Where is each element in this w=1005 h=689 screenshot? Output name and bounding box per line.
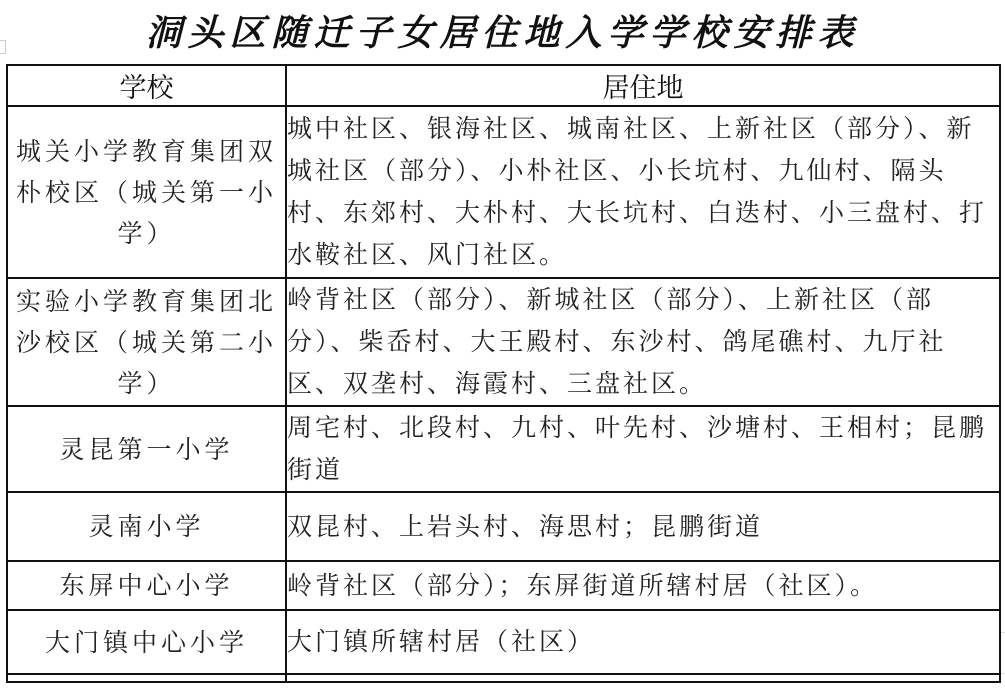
residence-cell: 大门镇所辖村居（社区）	[286, 610, 1000, 674]
table-row: 灵昆第一小学 周宅村、北段村、九村、叶先村、沙塘村、王相村；昆鹏街道	[7, 406, 1000, 492]
residence-cell: 双昆村、上岩头村、海思村；昆鹏街道	[286, 492, 1000, 561]
column-header-school: 学校	[7, 65, 286, 106]
residence-cell: 岭背社区（部分）、新城社区（部分）、上新社区（部分）、柴岙村、大王殿村、东沙村、…	[286, 278, 1000, 406]
table-row: 大门镇中心小学 大门镇所辖村居（社区）	[7, 610, 1000, 674]
table-row: 东屏中心小学 岭背社区（部分）；东屏街道所辖村居（社区）。	[7, 561, 1000, 610]
table-header-row: 学校 居住地	[7, 65, 1000, 106]
school-cell-cutoff	[7, 674, 286, 682]
school-cell: 东屏中心小学	[7, 561, 286, 610]
residence-cell: 周宅村、北段村、九村、叶先村、沙塘村、王相村；昆鹏街道	[286, 406, 1000, 492]
school-cell: 灵南小学	[7, 492, 286, 561]
school-cell: 大门镇中心小学	[7, 610, 286, 674]
school-cell: 实验小学教育集团北沙校区（城关第二小学）	[7, 278, 286, 406]
residence-cell: 城中社区、银海社区、城南社区、上新社区（部分）、新城社区（部分）、小朴社区、小长…	[286, 106, 1000, 278]
table-row-partial	[7, 674, 1000, 682]
residence-cell: 岭背社区（部分）；东屏街道所辖村居（社区）。	[286, 561, 1000, 610]
residence-cell-cutoff	[286, 674, 1000, 682]
document-title: 洞头区随迁子女居住地入学学校安排表	[0, 10, 1005, 56]
school-assignment-table: 学校 居住地 城关小学教育集团双朴校区（城关第一小学） 城中社区、银海社区、城南…	[6, 64, 1001, 683]
table-row: 城关小学教育集团双朴校区（城关第一小学） 城中社区、银海社区、城南社区、上新社区…	[7, 106, 1000, 278]
school-cell: 灵昆第一小学	[7, 406, 286, 492]
column-header-residence: 居住地	[286, 65, 1000, 106]
table-row: 灵南小学 双昆村、上岩头村、海思村；昆鹏街道	[7, 492, 1000, 561]
table-row: 实验小学教育集团北沙校区（城关第二小学） 岭背社区（部分）、新城社区（部分）、上…	[7, 278, 1000, 406]
school-cell: 城关小学教育集团双朴校区（城关第一小学）	[7, 106, 286, 278]
